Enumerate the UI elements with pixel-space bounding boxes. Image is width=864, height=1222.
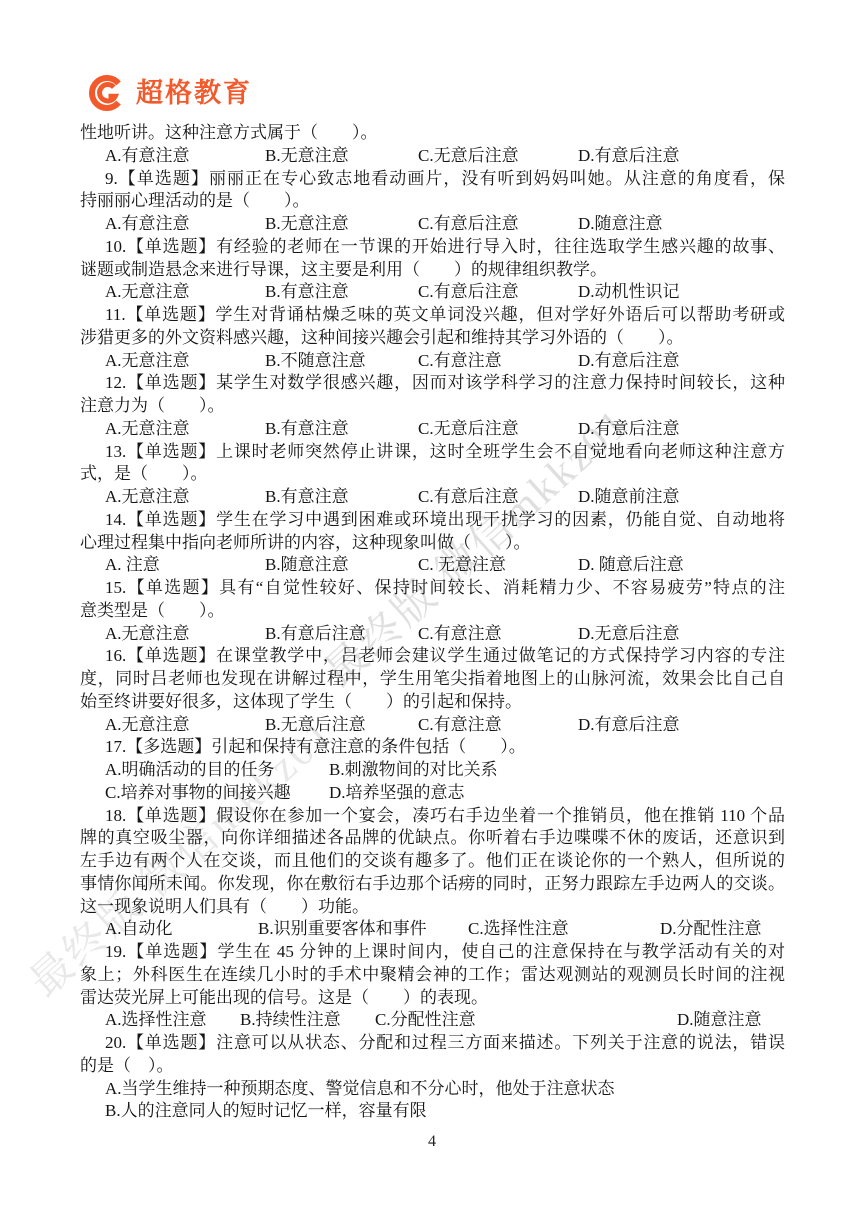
option-item: A.无意注意 — [105, 714, 190, 737]
option-item: C.有意注意 — [418, 714, 502, 737]
question-stem-line: 18.【单选题】假设你在参加一个宴会，凑巧右手边坐着一个推销员，他在推销 110… — [80, 805, 785, 828]
question-stem-line: 13.【单选题】上课时老师突然停止讲课，这时全班学生会不自觉地看向老师这种注意方 — [80, 441, 785, 464]
option-item: D.有意后注意 — [578, 145, 680, 168]
text-line: 牌的真空吸尘器，向你详细描述各品牌的优缺点。你听着右手边喋喋不休的废话，还意识到 — [80, 827, 785, 850]
text-line: 式，是（ ）。 — [80, 463, 785, 486]
option-item: D. 随意后注意 — [578, 554, 684, 577]
option-item: A.明确活动的目的任务 — [105, 759, 275, 782]
brand-name: 超格教育 — [136, 80, 252, 107]
option-item: A.当学生维持一种预期态度、警觉信息和不分心时，他处于注意状态 — [105, 1078, 615, 1101]
options-row: A.明确活动的目的任务B.刺激物间的对比关系 — [80, 759, 785, 782]
option-item: B.有意后注意 — [265, 623, 366, 646]
text-line: 持丽丽心理活动的是（ ）。 — [80, 190, 785, 213]
options-row: A.选择性注意B.持续性注意C.分配性注意D.随意注意 — [80, 1009, 785, 1032]
options-row: C.培养对事物的间接兴趣D.培养坚强的意志 — [80, 782, 785, 805]
option-item: A.自动化 — [105, 918, 173, 941]
option-item: C.选择性注意 — [468, 918, 569, 941]
options-row: A.无意注意B.有意注意C.有意后注意D.动机性识记 — [80, 281, 785, 304]
question-stem-line: 10.【单选题】有经验的老师在一节课的开始进行导入时，往往选取学生感兴趣的故事、 — [80, 236, 785, 259]
option-item: D.分配性注意 — [660, 918, 762, 941]
text-line: 意类型是（ ）。 — [80, 600, 785, 623]
question-stem-line: 20.【单选题】注意可以从状态、分配和过程三方面来描述。下列关于注意的说法，错误 — [80, 1032, 785, 1055]
option-item: A.无意注意 — [105, 281, 190, 304]
text-line: 左手边有两个人在交谈，而且他们的交谈有趣多了。他们正在谈论你的一个熟人，但所说的 — [80, 850, 785, 873]
text-line: 度，同时吕老师也发现在讲解过程中，学生用笔尖指着地图上的山脉河流，效果会比自己自 — [80, 668, 785, 691]
option-item: B.持续性注意 — [240, 1009, 341, 1032]
question-stem-line: 9.【单选题】丽丽正在专心致志地看动画片，没有听到妈妈叫她。从注意的角度看，保 — [80, 168, 785, 191]
option-item: B.无意注意 — [265, 213, 349, 236]
options-row: A.当学生维持一种预期态度、警觉信息和不分心时，他处于注意状态 — [80, 1078, 785, 1101]
option-item: B.无意注意 — [265, 145, 349, 168]
text-line: 这一现象说明人们具有（ ）功能。 — [80, 896, 785, 919]
document-page: 超格教育 最终版 微信mkkz01 最终版 微信mkkz01 性地听讲。这种注意… — [0, 0, 864, 1222]
option-item: A.有意注意 — [105, 213, 190, 236]
options-row: A.无意注意B.有意注意C.有意后注意D.随意前注意 — [80, 486, 785, 509]
option-item: D.有意后注意 — [578, 350, 680, 373]
text-line: 注意力为（ ）。 — [80, 395, 785, 418]
text-line: 心理过程集中指向老师所讲的内容，这种现象叫做（ ）。 — [80, 532, 785, 555]
option-item: B.有意注意 — [265, 281, 349, 304]
option-item: C.无意后注意 — [418, 418, 519, 441]
text-line: 始至终讲要好很多，这体现了学生（ ）的引起和保持。 — [80, 691, 785, 714]
options-row: A.有意注意B.无意注意C.有意后注意D.随意注意 — [80, 213, 785, 236]
option-item: D.动机性识记 — [578, 281, 680, 304]
text-line: 雷达荧光屏上可能出现的信号。这是（ ）的表现。 — [80, 987, 785, 1010]
option-item: A.有意注意 — [105, 145, 190, 168]
option-item: D.有意后注意 — [578, 418, 680, 441]
options-row: B.人的注意同人的短时记忆一样，容量有限 — [80, 1100, 785, 1123]
option-item: B.不随意注意 — [265, 350, 366, 373]
text-line: 性地听讲。这种注意方式属于（ ）。 — [80, 122, 785, 145]
option-item: A.无意注意 — [105, 486, 190, 509]
option-item: A.无意注意 — [105, 623, 190, 646]
options-row: A.自动化B.识别重要客体和事件C.选择性注意D.分配性注意 — [80, 918, 785, 941]
option-item: B.识别重要客体和事件 — [258, 918, 427, 941]
option-item: C.有意后注意 — [418, 486, 519, 509]
option-item: B.刺激物间的对比关系 — [329, 759, 498, 782]
option-item: A.选择性注意 — [105, 1009, 207, 1032]
question-stem-line: 15.【单选题】具有“自觉性较好、保持时间较长、消耗精力少、不容易疲劳”特点的注 — [80, 577, 785, 600]
chaoge-logo-icon — [88, 74, 126, 112]
option-item: D.随意注意 — [578, 213, 663, 236]
options-row: A. 注意B.随意注意C. 无意注意D. 随意后注意 — [80, 554, 785, 577]
option-item: A.无意注意 — [105, 350, 190, 373]
option-item: D.培养坚强的意志 — [329, 782, 465, 805]
option-item: C.有意后注意 — [418, 213, 519, 236]
text-line: 谜题或制造悬念来进行导课，这主要是利用（ ）的规律组织教学。 — [80, 259, 785, 282]
question-stem-line: 12.【单选题】某学生对数学很感兴趣，因而对该学科学习的注意力保持时间较长，这种 — [80, 372, 785, 395]
option-item: C.有意后注意 — [418, 281, 519, 304]
question-text-block: 性地听讲。这种注意方式属于（ ）。A.有意注意B.无意注意C.无意后注意D.有意… — [80, 122, 785, 1123]
option-item: D.无意后注意 — [578, 623, 680, 646]
question-stem-line: 19.【单选题】学生在 45 分钟的上课时间内，使自己的注意保持在与教学活动有关… — [80, 941, 785, 964]
question-stem-line: 14.【单选题】学生在学习中遇到困难或环境出现干扰学习的因素，仍能自觉、自动地将 — [80, 509, 785, 532]
question-stem-line: 16.【单选题】在课堂教学中，吕老师会建议学生通过做笔记的方式保持学习内容的专注 — [80, 645, 785, 668]
option-item: B.人的注意同人的短时记忆一样，容量有限 — [105, 1100, 427, 1123]
question-stem-line: 17.【多选题】引起和保持有意注意的条件包括（ ）。 — [80, 736, 785, 759]
question-stem-line: 11.【单选题】学生对背诵枯燥乏味的英文单词没兴趣，但对学好外语后可以帮助考研或 — [80, 304, 785, 327]
option-item: A. 注意 — [105, 554, 160, 577]
page-number: 4 — [0, 1133, 864, 1151]
option-item: D.随意注意 — [677, 1009, 762, 1032]
option-item: C. 无意注意 — [418, 554, 506, 577]
option-item: A.无意注意 — [105, 418, 190, 441]
options-row: A.无意注意B.不随意注意C.有意注意D.有意后注意 — [80, 350, 785, 373]
text-line: 的是（ ）。 — [80, 1055, 785, 1078]
text-line: 象上；外科医生在连续几小时的手术中聚精会神的工作；雷达观测站的观测员长时间的注视 — [80, 964, 785, 987]
options-row: A.有意注意B.无意注意C.无意后注意D.有意后注意 — [80, 145, 785, 168]
text-line: 涉猎更多的外文资料感兴趣，这种间接兴趣会引起和维持其学习外语的（ ）。 — [80, 327, 785, 350]
option-item: D.有意后注意 — [578, 714, 680, 737]
option-item: C.无意后注意 — [418, 145, 519, 168]
option-item: C.分配性注意 — [375, 1009, 476, 1032]
option-item: B.随意注意 — [265, 554, 349, 577]
option-item: B.有意注意 — [265, 418, 349, 441]
option-item: B.有意注意 — [265, 486, 349, 509]
option-item: C.有意注意 — [418, 623, 502, 646]
option-item: B.无意后注意 — [265, 714, 366, 737]
option-item: C.培养对事物的间接兴趣 — [105, 782, 291, 805]
options-row: A.无意注意B.有意后注意C.有意注意D.无意后注意 — [80, 623, 785, 646]
option-item: D.随意前注意 — [578, 486, 680, 509]
options-row: A.无意注意B.无意后注意C.有意注意D.有意后注意 — [80, 714, 785, 737]
option-item: C.有意注意 — [418, 350, 502, 373]
brand-header: 超格教育 — [88, 72, 252, 114]
options-row: A.无意注意B.有意注意C.无意后注意D.有意后注意 — [80, 418, 785, 441]
text-line: 事情你闻所未闻。你发现，你在敷衍右手边那个话痨的同时，正努力跟踪左手边两人的交谈… — [80, 873, 785, 896]
